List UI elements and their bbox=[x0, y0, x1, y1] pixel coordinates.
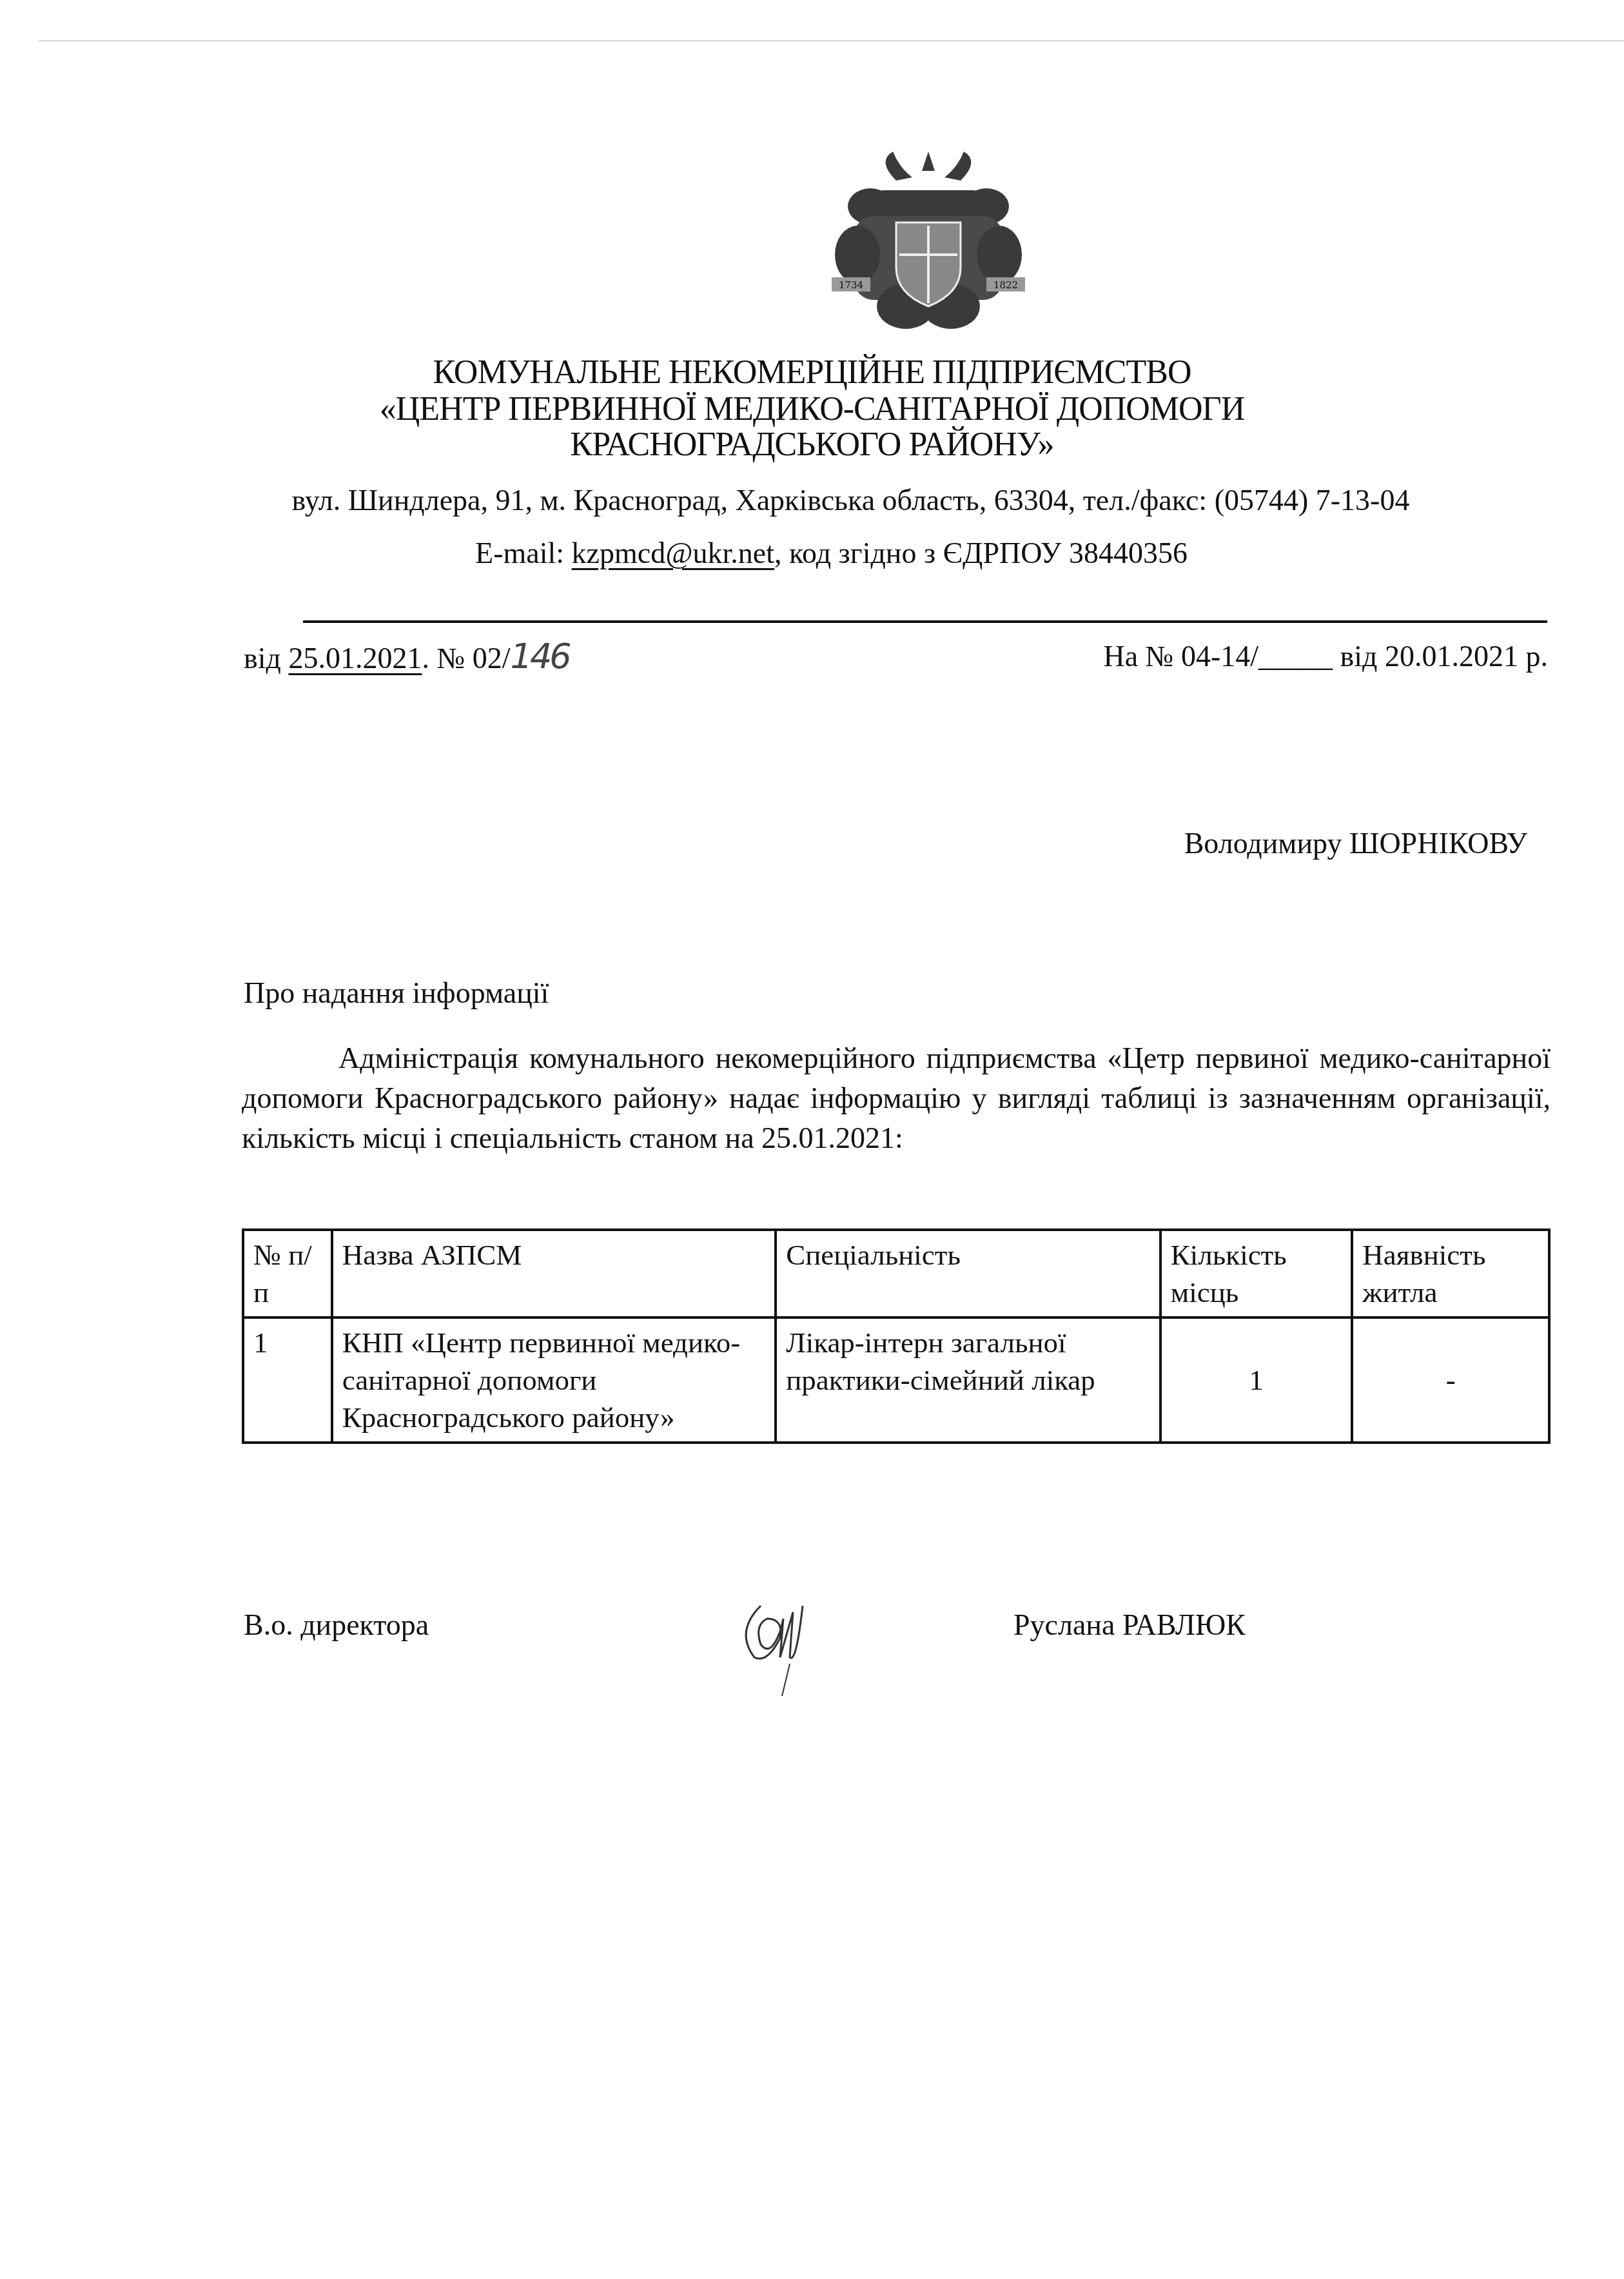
vacancy-table: № п/п Назва АЗПСМ Спеціальність Кількіст… bbox=[242, 1228, 1551, 1444]
email-label: E-mail: bbox=[475, 537, 571, 569]
header-name: Назва АЗПСМ bbox=[332, 1230, 776, 1317]
edrpou-code: , код згідно з ЄДРПОУ 38440356 bbox=[774, 537, 1188, 569]
reply-number-blank: _____ bbox=[1258, 640, 1333, 673]
table-header-row: № п/п Назва АЗПСМ Спеціальність Кількіст… bbox=[243, 1230, 1549, 1317]
cell-number: 1 bbox=[243, 1317, 332, 1443]
handwritten-signature-icon bbox=[735, 1593, 825, 1696]
cell-housing: - bbox=[1352, 1317, 1549, 1443]
org-name-line-1: КОМУНАЛЬНЕ НЕКОМЕРЦІЙНЕ ПІДПРИЄМСТВО bbox=[0, 353, 1624, 392]
signatory-position: В.о. директора bbox=[244, 1607, 429, 1643]
svg-text:1822: 1822 bbox=[993, 279, 1018, 291]
handwritten-number: 146 bbox=[511, 636, 569, 676]
table-row: 1 КНП «Центр первинної медико-санітарної… bbox=[243, 1317, 1549, 1443]
org-name-line-2: «ЦЕНТР ПЕРВИННОЇ МЕДИКО-САНІТАРНОЇ ДОПОМ… bbox=[0, 390, 1624, 429]
header-housing: Наявність житла bbox=[1352, 1230, 1549, 1317]
header-specialty: Спеціальність bbox=[776, 1230, 1160, 1317]
subject-line: Про надання інформації bbox=[244, 975, 549, 1011]
body-paragraph: Адміністрація комунального некомерційног… bbox=[242, 1038, 1551, 1158]
email-link[interactable]: kzpmcd@ukr.net bbox=[572, 537, 774, 569]
cell-places: 1 bbox=[1160, 1317, 1353, 1443]
signatory-name: Руслана РАВЛЮК bbox=[1013, 1607, 1246, 1643]
scan-edge-line bbox=[39, 40, 1624, 41]
org-address: вул. Шиндлера, 91, м. Красноград, Харків… bbox=[0, 482, 1624, 518]
org-contacts: E-mail: kzpmcd@ukr.net, код згідно з ЄДР… bbox=[0, 535, 1624, 571]
outgoing-date: 25.01.2021 bbox=[288, 642, 422, 675]
cell-name: КНП «Центр первинної медико-санітарної д… bbox=[332, 1317, 776, 1443]
addressee: Володимиру ШОРНІКОВУ bbox=[1184, 825, 1527, 862]
header-number: № п/п bbox=[243, 1230, 332, 1317]
outgoing-reference: від 25.01.2021. № 02/146 bbox=[244, 638, 569, 676]
svg-text:1734: 1734 bbox=[839, 279, 863, 291]
incoming-reference: На № 04-14/_____ від 20.01.2021 р. bbox=[1103, 638, 1548, 675]
header-divider bbox=[303, 620, 1547, 623]
header-places: Кількість місць bbox=[1160, 1230, 1353, 1317]
cell-specialty: Лікар-інтерн загальної практики-сімейний… bbox=[776, 1317, 1160, 1443]
org-name-line-3: КРАСНОГРАДСЬКОГО РАЙОНУ» bbox=[0, 426, 1624, 464]
coat-of-arms-icon: 1734 1822 bbox=[819, 145, 1038, 339]
